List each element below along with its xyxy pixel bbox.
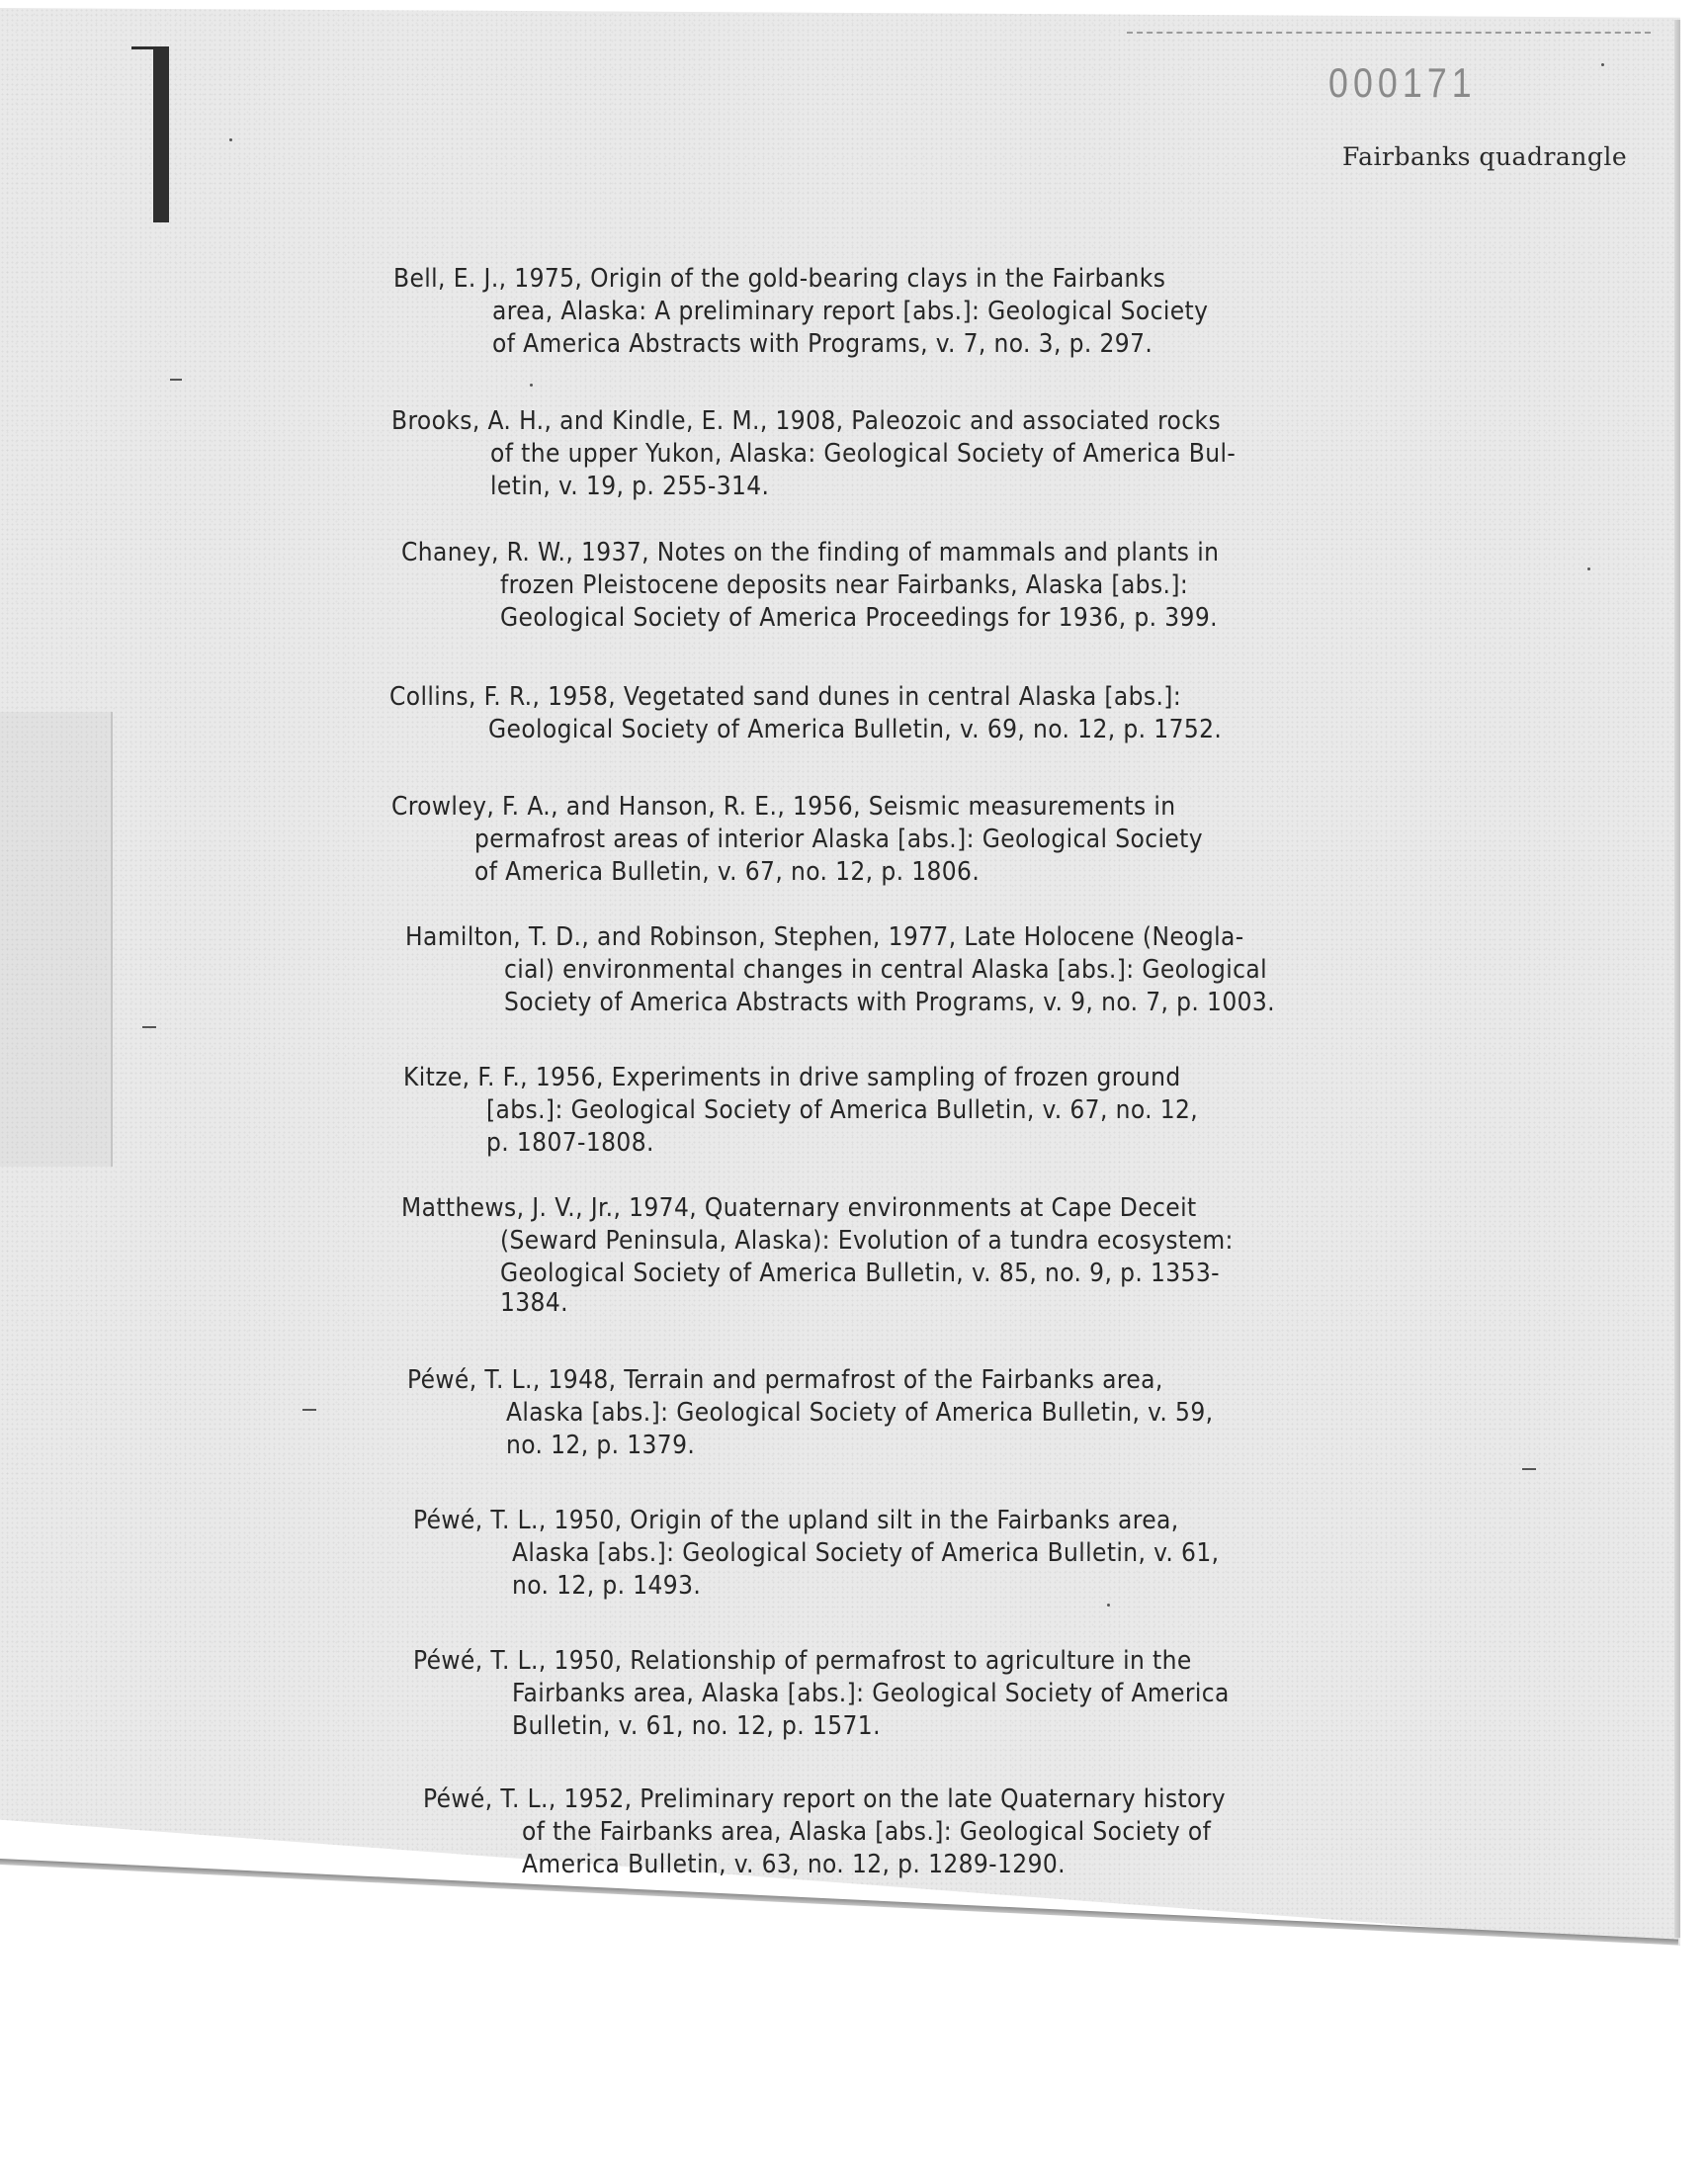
reference-line: Péwé, T. L., 1948, Terrain and permafros… (407, 1364, 1213, 1397)
reference-line: Fairbanks area, Alaska [abs.]: Geologica… (413, 1678, 1230, 1710)
reference-entry: Crowley, F. A., and Hanson, R. E., 1956,… (391, 791, 1203, 889)
reference-line: p. 1807-1808. (403, 1127, 1198, 1160)
reference-line: Geological Society of America Bulletin, … (389, 714, 1222, 746)
reference-line: America Bulletin, v. 63, no. 12, p. 1289… (423, 1849, 1226, 1881)
reference-line: Matthews, J. V., Jr., 1974, Quaternary e… (401, 1192, 1234, 1225)
reference-line: of the upper Yukon, Alaska: Geological S… (391, 438, 1236, 471)
scan-speck (1107, 1604, 1110, 1607)
margin-mark (302, 1409, 316, 1411)
reference-entry: Bell, E. J., 1975, Origin of the gold-be… (393, 263, 1208, 361)
reference-line: cial) environmental changes in central A… (405, 954, 1275, 987)
reference-line: Crowley, F. A., and Hanson, R. E., 1956,… (391, 791, 1203, 824)
reference-line: no. 12, p. 1493. (413, 1570, 1219, 1603)
reference-line: (Seward Peninsula, Alaska): Evolution of… (401, 1225, 1234, 1258)
page-edge-right (1674, 20, 1680, 1938)
reference-line: Bell, E. J., 1975, Origin of the gold-be… (393, 263, 1208, 296)
reference-entry: Chaney, R. W., 1937, Notes on the findin… (401, 537, 1219, 635)
reference-line: of America Bulletin, v. 67, no. 12, p. 1… (391, 856, 1203, 889)
reference-entry: Matthews, J. V., Jr., 1974, Quaternary e… (401, 1192, 1234, 1316)
reference-line: Society of America Abstracts with Progra… (405, 987, 1275, 1019)
reference-line: Péwé, T. L., 1950, Relationship of perma… (413, 1645, 1230, 1678)
reference-entry: Péwé, T. L., 1948, Terrain and permafros… (407, 1364, 1213, 1462)
scan-speck (1587, 567, 1590, 570)
reference-entry: Péwé, T. L., 1952, Preliminary report on… (423, 1783, 1226, 1881)
margin-mark (142, 1026, 156, 1028)
document-number: 000171 (1328, 59, 1477, 107)
reference-line: [abs.]: Geological Society of America Bu… (403, 1094, 1198, 1127)
reference-entry: Péwé, T. L., 1950, Origin of the upland … (413, 1505, 1219, 1603)
top-dashed-rule (1127, 32, 1651, 34)
reference-line: Geological Society of America Proceeding… (401, 602, 1219, 635)
scan-artifact-strip (0, 712, 113, 1167)
scan-speck (1601, 63, 1604, 66)
reference-line: frozen Pleistocene deposits near Fairban… (401, 569, 1219, 602)
reference-line: Chaney, R. W., 1937, Notes on the findin… (401, 537, 1219, 569)
reference-entry: Hamilton, T. D., and Robinson, Stephen, … (405, 921, 1275, 1019)
reference-line: Alaska [abs.]: Geological Society of Ame… (413, 1537, 1219, 1570)
reference-line: Bulletin, v. 61, no. 12, p. 1571. (413, 1710, 1230, 1743)
reference-entry: Péwé, T. L., 1950, Relationship of perma… (413, 1645, 1230, 1743)
reference-line: Kitze, F. F., 1956, Experiments in drive… (403, 1062, 1198, 1094)
reference-entry: Kitze, F. F., 1956, Experiments in drive… (403, 1062, 1198, 1160)
reference-line: Péwé, T. L., 1952, Preliminary report on… (423, 1783, 1226, 1816)
reference-line: permafrost areas of interior Alaska [abs… (391, 824, 1203, 856)
margin-mark (170, 379, 182, 381)
reference-line: letin, v. 19, p. 255-314. (391, 471, 1236, 503)
reference-line: of America Abstracts with Programs, v. 7… (393, 328, 1208, 361)
reference-line: Collins, F. R., 1958, Vegetated sand dun… (389, 681, 1222, 714)
reference-line: area, Alaska: A preliminary report [abs.… (393, 296, 1208, 328)
reference-line: Brooks, A. H., and Kindle, E. M., 1908, … (391, 405, 1236, 438)
margin-mark (1522, 1468, 1536, 1470)
reference-entry: Collins, F. R., 1958, Vegetated sand dun… (389, 681, 1222, 746)
reference-line: Hamilton, T. D., and Robinson, Stephen, … (405, 921, 1275, 954)
reference-line: 1384. (401, 1290, 1234, 1316)
reference-line: no. 12, p. 1379. (407, 1430, 1213, 1462)
reference-line: Geological Society of America Bulletin, … (401, 1258, 1234, 1290)
reference-line: Alaska [abs.]: Geological Society of Ame… (407, 1397, 1213, 1430)
binder-mark-icon (153, 46, 169, 222)
reference-line: Péwé, T. L., 1950, Origin of the upland … (413, 1505, 1219, 1537)
reference-line: of the Fairbanks area, Alaska [abs.]: Ge… (423, 1816, 1226, 1849)
quadrangle-label: Fairbanks quadrangle (1342, 142, 1627, 171)
scan-speck (530, 384, 533, 387)
scan-speck (229, 138, 232, 141)
reference-entry: Brooks, A. H., and Kindle, E. M., 1908, … (391, 405, 1236, 503)
